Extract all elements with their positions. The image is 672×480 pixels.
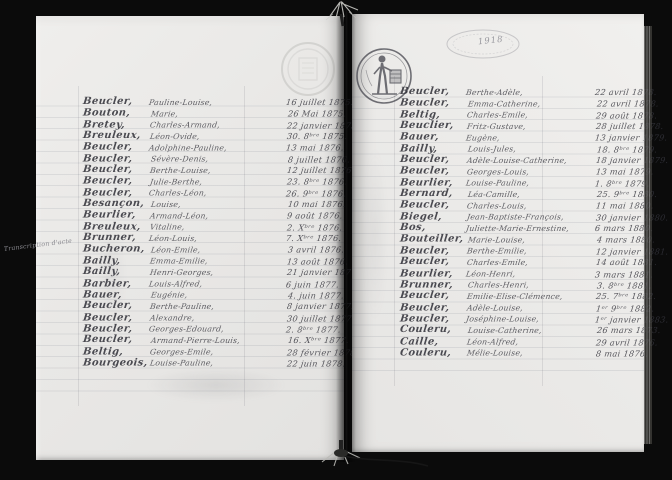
- entry-surname: Bernard,: [399, 188, 453, 199]
- register-row: Beuclier,Fritz-Gustave,28 juillet 1878.: [400, 120, 640, 131]
- entry-surname: Biegel,: [399, 211, 442, 222]
- entry-given: Georges-Emile,: [150, 348, 215, 357]
- entry-surname: Breuleux,: [82, 130, 141, 141]
- entry-given: Pauline-Louise,: [148, 98, 213, 107]
- entry-given: Léa-Camille,: [467, 190, 520, 199]
- entry-surname: Beucler,: [399, 256, 450, 267]
- register-row: Breuleux,Léon-Ovide,30. 8ᵇʳᵉ 1875.: [83, 130, 333, 141]
- entry-given: Louise-Catherine,: [467, 326, 542, 335]
- register-row: Beucler,Armand-Pierre-Louis,16. Xᵇʳᵉ 187…: [83, 334, 333, 345]
- entry-given: Adolphine-Pauline,: [148, 143, 227, 152]
- entry-surname: Couleru,: [399, 324, 451, 335]
- entry-given: Berthe-Adèle,: [465, 88, 523, 97]
- register-row: Beucler,Berthe-Louise,12 juillet 1876.: [83, 164, 333, 175]
- register-row: Beurlier,Léon-Henri,3 mars 1881.: [400, 268, 640, 279]
- entry-given: Juliette-Marie-Ernestine,: [465, 224, 569, 233]
- register-row: Beucler,Adèle-Louise-Catherine,18 janvie…: [400, 154, 640, 165]
- register-row: Bretey,Charles-Armand,22 janvier 1875.: [83, 119, 333, 130]
- entry-given: Charles-Armand,: [150, 120, 221, 129]
- entry-given: Louise,: [150, 200, 181, 209]
- entry-date: 13 janvier 1879.: [594, 133, 668, 143]
- register-row: Beucler,Georges-Edouard,2. 8ᵇʳᵉ 1877.: [83, 323, 333, 334]
- entry-given: Léon-Henri,: [465, 270, 516, 279]
- register-row: Beucler,Charles-Léon,26. 9ᵇʳᵉ 1876.: [83, 187, 333, 198]
- entry-surname: Caille,: [399, 336, 439, 347]
- entry-given: Adèle-Louise,: [466, 304, 523, 313]
- entry-surname: Beucler,: [82, 187, 133, 198]
- register-row: Beucler,Pauline-Louise,16 juillet 1875.: [83, 96, 333, 107]
- entry-given: Emma-Emilie,: [150, 257, 209, 266]
- entry-surname: Beurlier,: [399, 177, 453, 188]
- entry-given: Louise-Pauline,: [149, 359, 214, 368]
- entry-given: Joséphine-Louise,: [465, 315, 539, 324]
- register-row: Beucler,Emilie-Elise-Clémence,25. 7ᵇʳᵉ 1…: [400, 290, 640, 301]
- register-row: Beucler,Georges-Louis,13 mai 1879.: [400, 166, 640, 177]
- entry-given: Berthe-Emilie,: [467, 247, 528, 256]
- register-row: Beurlier,Armand-Léon,9 août 1876.: [83, 210, 333, 221]
- entry-given: Emilie-Elise-Clémence,: [467, 292, 564, 301]
- register-row: Bailly,Louis-Jules,18. 8ᵇʳᵉ 1879.: [400, 143, 640, 154]
- entry-surname: Beltig,: [399, 109, 440, 120]
- left-page: Beucler,Pauline-Louise,16 juillet 1875.B…: [36, 16, 344, 460]
- entry-given: Marie,: [150, 109, 178, 118]
- entry-given: Léon-Alfred,: [467, 338, 520, 347]
- entry-surname: Bailly,: [399, 143, 438, 154]
- entry-date: 2. Xᵇʳᵉ 1876.: [286, 222, 343, 232]
- entry-given: Charles-Henri,: [467, 281, 529, 290]
- register-row: Beucler,Charles-Louis,11 mai 1880.: [400, 200, 640, 211]
- entry-surname: Beurlier,: [399, 268, 453, 279]
- register-row: Caille,Léon-Alfred,29 avril 1876.: [400, 336, 640, 347]
- entry-surname: Bouteiller,: [399, 234, 464, 245]
- entry-date: 30 janvier 1880.: [595, 212, 669, 222]
- entry-given: Louis-Alfred,: [148, 280, 203, 289]
- entry-surname: Couleru,: [399, 347, 451, 358]
- register-row: Couleru,Mélie-Louise,8 mai 1876.: [400, 347, 640, 358]
- register-row: Bouteiller,Marie-Louise,4 mars 1880.: [400, 234, 640, 245]
- entry-date: 1ᵉʳ janvier 1883.: [594, 314, 669, 324]
- register-row: Beucler,Joséphine-Louise,1ᵉʳ janvier 188…: [400, 313, 640, 324]
- entry-surname: Beucler,: [399, 290, 450, 301]
- register-row: Bourgeois,Louise-Pauline,22 juin 1878.: [83, 357, 333, 368]
- entry-date: 7. Xᵇʳᵉ 1876.: [285, 233, 342, 243]
- entry-surname: Brunner,: [399, 279, 453, 290]
- register-row: Beltig,Charles-Emile,29 août 1878.: [400, 109, 640, 120]
- register-row: Beucler,Berthe-Adèle,22 avril 1878.: [400, 86, 640, 97]
- entry-given: Sévère-Denis,: [150, 155, 209, 164]
- entry-surname: Beucler,: [82, 176, 133, 187]
- entry-given: Vitaline,: [149, 223, 185, 232]
- entry-surname: Beucler,: [399, 98, 450, 109]
- entry-given: Georges-Edouard,: [148, 325, 224, 334]
- entry-given: Armand-Pierre-Louis,: [150, 336, 240, 345]
- entry-given: Léon-Louis,: [148, 234, 197, 243]
- entry-given: Mélie-Louise,: [466, 349, 523, 358]
- entry-given: Louise-Pauline,: [465, 179, 530, 188]
- right-page: Beucler,Berthe-Adèle,22 avril 1878.Beucl…: [352, 14, 644, 452]
- entry-given: Charles-Emile,: [466, 258, 528, 267]
- register-row: Beurlier,Louise-Pauline,1. 8ᵇʳᵉ 1879.: [400, 177, 640, 188]
- entry-given: Armand-Léon,: [150, 212, 210, 221]
- entry-surname: Bouton,: [82, 108, 130, 119]
- entry-surname: Besançon,: [82, 198, 144, 209]
- entry-given: Berthe-Pauline,: [150, 302, 215, 311]
- entry-surname: Beucler,: [399, 154, 450, 165]
- entry-surname: Beltig,: [82, 346, 123, 357]
- entry-date: 2. 8ᵇʳᵉ 1877.: [285, 324, 341, 334]
- register-row: Beucler,Berthe-Emilie,12 janvier 1881.: [400, 245, 640, 256]
- entry-given: Julie-Berthe,: [149, 178, 203, 187]
- register-row: Bos,Juliette-Marie-Ernestine,6 mars 1880…: [400, 222, 640, 233]
- register-row: Beltig,Georges-Emile,28 février 1878.: [83, 346, 333, 357]
- entry-surname: Beuclier,: [399, 120, 454, 131]
- entry-given: Eugénie,: [150, 291, 188, 300]
- entry-given: Léon-Emile,: [150, 246, 201, 255]
- entry-given: Georges-Louis,: [466, 168, 529, 177]
- entry-date: 6 juin 1877.: [285, 279, 339, 289]
- register-row: Bernard,Léa-Camille,25. 9ᵇʳᵉ 1880.: [400, 188, 640, 199]
- right-page-entries: Beucler,Berthe-Adèle,22 avril 1878.Beucl…: [400, 86, 640, 358]
- entry-surname: Beucler,: [399, 86, 450, 97]
- entry-date: 18 janvier 1879.: [596, 155, 670, 165]
- entry-given: Adèle-Louise-Catherine,: [467, 156, 568, 165]
- register-row: Beucler,Adolphine-Pauline,13 mai 1876.: [83, 142, 333, 153]
- entry-given: Charles-Louis,: [467, 202, 528, 211]
- register-row: Brunner,Charles-Henri,3. 8ᵇʳᵉ 1881.: [400, 279, 640, 290]
- page-edge-stack: [644, 26, 652, 444]
- entry-given: Alexandre,: [149, 314, 195, 323]
- register-row: Couleru,Louise-Catherine,26 mars 1873.: [400, 324, 640, 335]
- register-row: Besançon,Louise,10 mai 1876.: [83, 198, 333, 209]
- entry-surname: Beucler,: [82, 96, 133, 107]
- entry-surname: Beucler,: [82, 153, 133, 164]
- entry-surname: Bos,: [399, 222, 426, 233]
- entry-surname: Beucler,: [399, 166, 450, 177]
- entry-date: 8 mai 1876.: [595, 348, 649, 358]
- entry-surname: Beucler,: [399, 302, 450, 313]
- entry-surname: Bauer,: [399, 132, 439, 143]
- entry-given: Marie-Louise,: [467, 236, 525, 245]
- entry-surname: Bourgeois,: [82, 357, 148, 368]
- entry-given: Henri-Georges,: [149, 268, 214, 277]
- entry-surname: Beucler,: [399, 245, 450, 256]
- entry-given: Léon-Ovide,: [149, 132, 200, 141]
- scanned-register-page: { "document_kind": "handwritten-civil-re…: [0, 0, 672, 480]
- register-row: Beucler,Julie-Berthe,23. 8ᵇʳᵉ 1876.: [83, 176, 333, 187]
- register-row: Bauer,Eugène,13 janvier 1879.: [400, 132, 640, 143]
- entry-surname: Beucler,: [82, 164, 133, 175]
- entry-surname: Beucler,: [399, 200, 450, 211]
- register-row: Beucler,Sévère-Denis,8 juillet 1876.: [83, 153, 333, 164]
- entry-given: Fritz-Gustave,: [466, 122, 526, 131]
- register-row: Biegel,Jean-Baptiste-François,30 janvier…: [400, 211, 640, 222]
- entry-date: 12 janvier 1881.: [596, 246, 670, 256]
- entry-surname: Beucler,: [82, 334, 133, 345]
- register-row: Bouton,Marie,26 Mai 1875.: [83, 108, 333, 119]
- entry-surname: Bretey,: [82, 119, 125, 130]
- binding-gutter: [336, 10, 356, 462]
- register-row: Beucler,Emma-Catherine,22 avril 1878.: [400, 98, 640, 109]
- register-row: Beucler,Charles-Emile,14 août 1881.: [400, 256, 640, 267]
- entry-given: Louis-Jules,: [467, 145, 516, 154]
- register-row: Beucler,Adèle-Louise,1ᵉʳ 9ᵇʳᵉ 1882.: [400, 302, 640, 313]
- entry-given: Charles-Léon,: [148, 189, 207, 198]
- entry-surname: Beucler,: [399, 313, 450, 324]
- entry-given: Emma-Catherine,: [467, 99, 541, 108]
- entry-given: Berthe-Louise,: [150, 166, 212, 175]
- entry-date: 1. 8ᵇʳᵉ 1879.: [594, 178, 650, 188]
- entry-surname: Beucler,: [82, 142, 133, 153]
- entry-given: Charles-Emile,: [467, 110, 529, 119]
- entry-date: 28 juillet 1878.: [595, 121, 664, 131]
- entry-given: Jean-Baptiste-François,: [466, 213, 564, 222]
- entry-given: Eugène,: [465, 133, 500, 142]
